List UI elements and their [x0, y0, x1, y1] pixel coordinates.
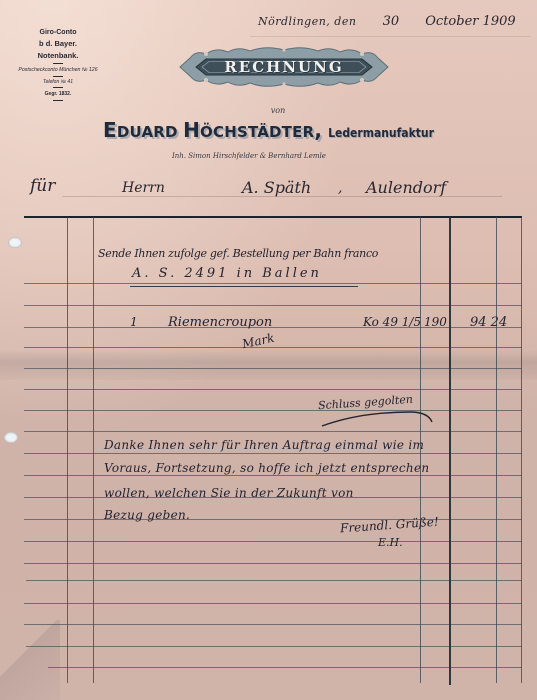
ledger-row-rule — [24, 519, 522, 520]
ledger-row-rule — [24, 541, 522, 542]
ledger-row-rule — [24, 283, 522, 284]
ledger-grid — [0, 0, 537, 700]
item-total: 94 24 — [470, 315, 507, 330]
message-line-3: wollen, welchen Sie in der Zukunft von — [104, 486, 354, 500]
ledger-top-rule — [24, 216, 522, 218]
ledger-row-rule — [24, 431, 522, 432]
ledger-column-rule — [67, 217, 68, 683]
ledger-row-rule — [26, 580, 522, 581]
ledger-row-rule — [24, 305, 522, 306]
annotation-flourish-icon — [320, 400, 440, 430]
ledger-row-rule — [24, 453, 522, 454]
ledger-row-rule — [48, 667, 522, 668]
item-description: Riemencroupon — [168, 315, 272, 330]
ledger-row-rule — [24, 603, 522, 604]
body-line-2: A. S. 2491 in Ballen — [132, 266, 322, 281]
ledger-row-rule — [24, 475, 522, 476]
ledger-row-rule — [24, 563, 522, 564]
body-line-1: Sende Ihnen zufolge gef. Bestellung per … — [98, 247, 378, 260]
body-line-2-underline — [130, 286, 358, 287]
item-rate: 190 — [424, 315, 447, 329]
ledger-row-rule — [24, 389, 522, 390]
message-line-2: Voraus, Fortsetzung, so hoffe ich jetzt … — [104, 461, 429, 475]
message-line-1: Danke Ihnen sehr für Ihren Auftrag einma… — [104, 438, 424, 452]
ledger-column-rule — [496, 217, 497, 683]
item-weight: Ko 49 1/5 — [363, 315, 421, 329]
ledger-column-rule — [449, 217, 451, 685]
ledger-column-rule — [93, 217, 94, 683]
ledger-row-rule — [24, 368, 522, 369]
item-quantity: 1 — [130, 315, 138, 329]
ledger-column-rule — [521, 217, 522, 683]
ledger-row-rule — [24, 347, 522, 348]
ledger-row-rule — [24, 624, 522, 625]
message-line-4: Bezug geben. — [104, 508, 190, 522]
ledger-row-rule — [24, 327, 522, 328]
ledger-row-rule — [26, 646, 522, 647]
ledger-row-rule — [24, 410, 522, 411]
signature-initials: E.H. — [378, 536, 403, 549]
